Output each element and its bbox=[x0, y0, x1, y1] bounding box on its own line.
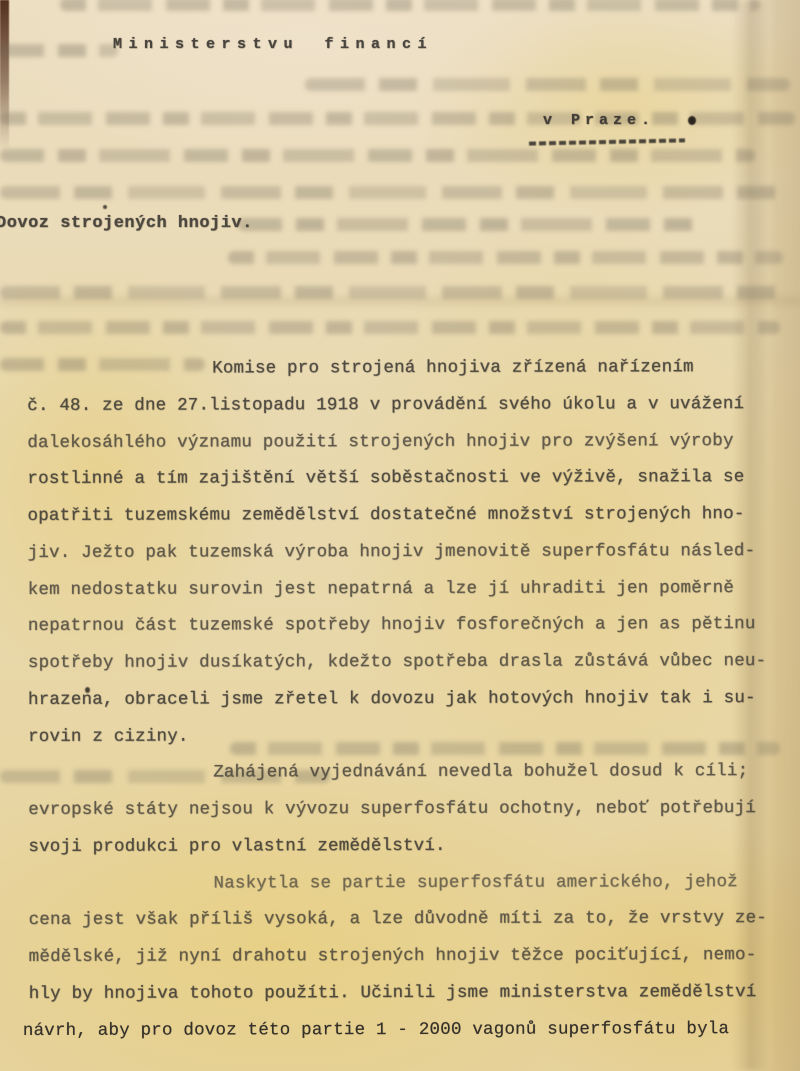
addressee-line: Ministerstvu financí bbox=[113, 36, 433, 53]
paragraph: Naskytla se partie superfosfátu americké… bbox=[28, 864, 776, 1050]
body-line: rostlinné a tím zajištění větší soběstač… bbox=[27, 459, 775, 498]
bleedthrough-line bbox=[0, 286, 785, 299]
ink-speck bbox=[103, 205, 107, 209]
place-line: v Praze. bbox=[543, 112, 655, 129]
bleedthrough-line bbox=[305, 78, 790, 91]
bleedthrough-line bbox=[60, 0, 760, 11]
body-line: rovin z ciziny. bbox=[28, 717, 776, 756]
body-line: Komise pro strojená hnojiva zřízená naří… bbox=[27, 349, 775, 388]
dark-paper-edge bbox=[0, 0, 9, 150]
place-underline-dashes bbox=[529, 138, 685, 145]
body-line: hrazena, obraceli jsme zřetel k dovozu j… bbox=[28, 680, 776, 719]
body-line: evropské státy nejsou k vývozu superfosf… bbox=[28, 790, 776, 829]
body-line: návrh, aby pro dovoz této partie 1 - 200… bbox=[23, 1011, 777, 1050]
body-line: nepatrnou část tuzemské spotřeby hnojiv … bbox=[28, 606, 776, 645]
bleedthrough-line bbox=[228, 251, 783, 264]
body-line: svoji produkci pro vlastní zemědělství. bbox=[28, 827, 776, 866]
paragraph: Zahájená vyjednávání nevedla bohužel dos… bbox=[28, 753, 776, 865]
bleedthrough-line bbox=[0, 44, 118, 57]
ink-speck bbox=[688, 116, 696, 125]
body-line: hly by hnojiva tohoto použíti. Učinili j… bbox=[29, 974, 777, 1013]
bleedthrough-line bbox=[0, 112, 795, 125]
scanned-letter-page: Ministerstvu financí v Praze. Dovoz stro… bbox=[0, 0, 800, 1071]
paragraph: Komise pro strojená hnojiva zřízená naří… bbox=[27, 349, 776, 755]
body-line: cena jest však příliš vysoká, a lze důvo… bbox=[29, 900, 777, 939]
body-line: č. 48. ze dne 27.listopadu 1918 v provád… bbox=[27, 386, 775, 425]
body-line: Naskytla se partie superfosfátu americké… bbox=[28, 864, 776, 903]
body-line: spotřeby hnojiv dusíkatých, kdežto spotř… bbox=[28, 643, 776, 682]
subject-line: Dovoz strojených hnojiv. bbox=[0, 214, 253, 233]
bleedthrough-line bbox=[0, 321, 780, 334]
letter-body: Komise pro strojená hnojiva zřízená naří… bbox=[27, 349, 777, 1049]
body-line: dalekosáhlého významu použití strojených… bbox=[27, 423, 775, 462]
bleedthrough-line bbox=[0, 186, 790, 199]
body-line: opatřiti tuzemskému zemědělství dostateč… bbox=[27, 496, 775, 535]
body-line: mědělské, již nyní drahotu strojených hn… bbox=[29, 937, 777, 976]
bleedthrough-line bbox=[238, 218, 700, 231]
bleedthrough-line bbox=[0, 149, 755, 162]
body-line: kem nedostatku surovin jest nepatrná a l… bbox=[28, 570, 776, 609]
body-line: jiv. Ježto pak tuzemská výroba hnojiv jm… bbox=[28, 533, 776, 572]
body-line: Zahájená vyjednávání nevedla bohužel dos… bbox=[28, 753, 776, 792]
